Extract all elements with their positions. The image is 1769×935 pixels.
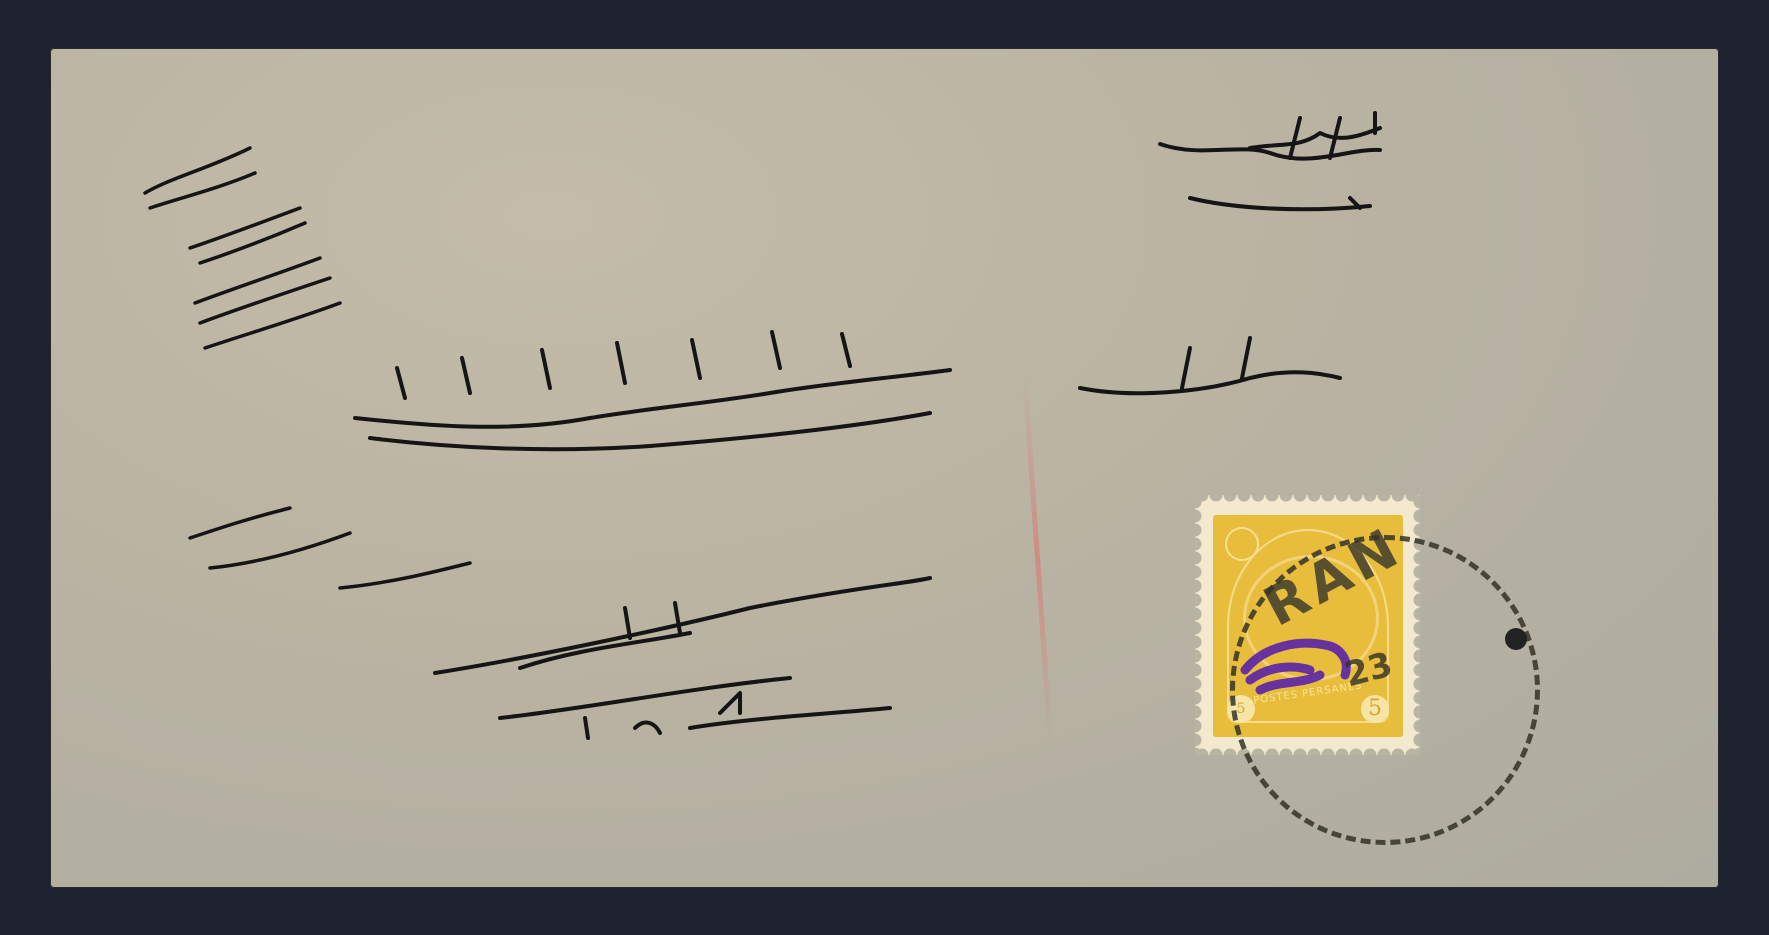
signature-date bbox=[435, 578, 930, 738]
right-line bbox=[1080, 338, 1340, 393]
postmark-dot bbox=[1505, 628, 1527, 650]
main-address-line bbox=[355, 332, 950, 449]
left-diagonal-notes bbox=[145, 148, 340, 348]
top-right-address bbox=[1160, 113, 1380, 209]
lower-left-note bbox=[190, 508, 470, 588]
